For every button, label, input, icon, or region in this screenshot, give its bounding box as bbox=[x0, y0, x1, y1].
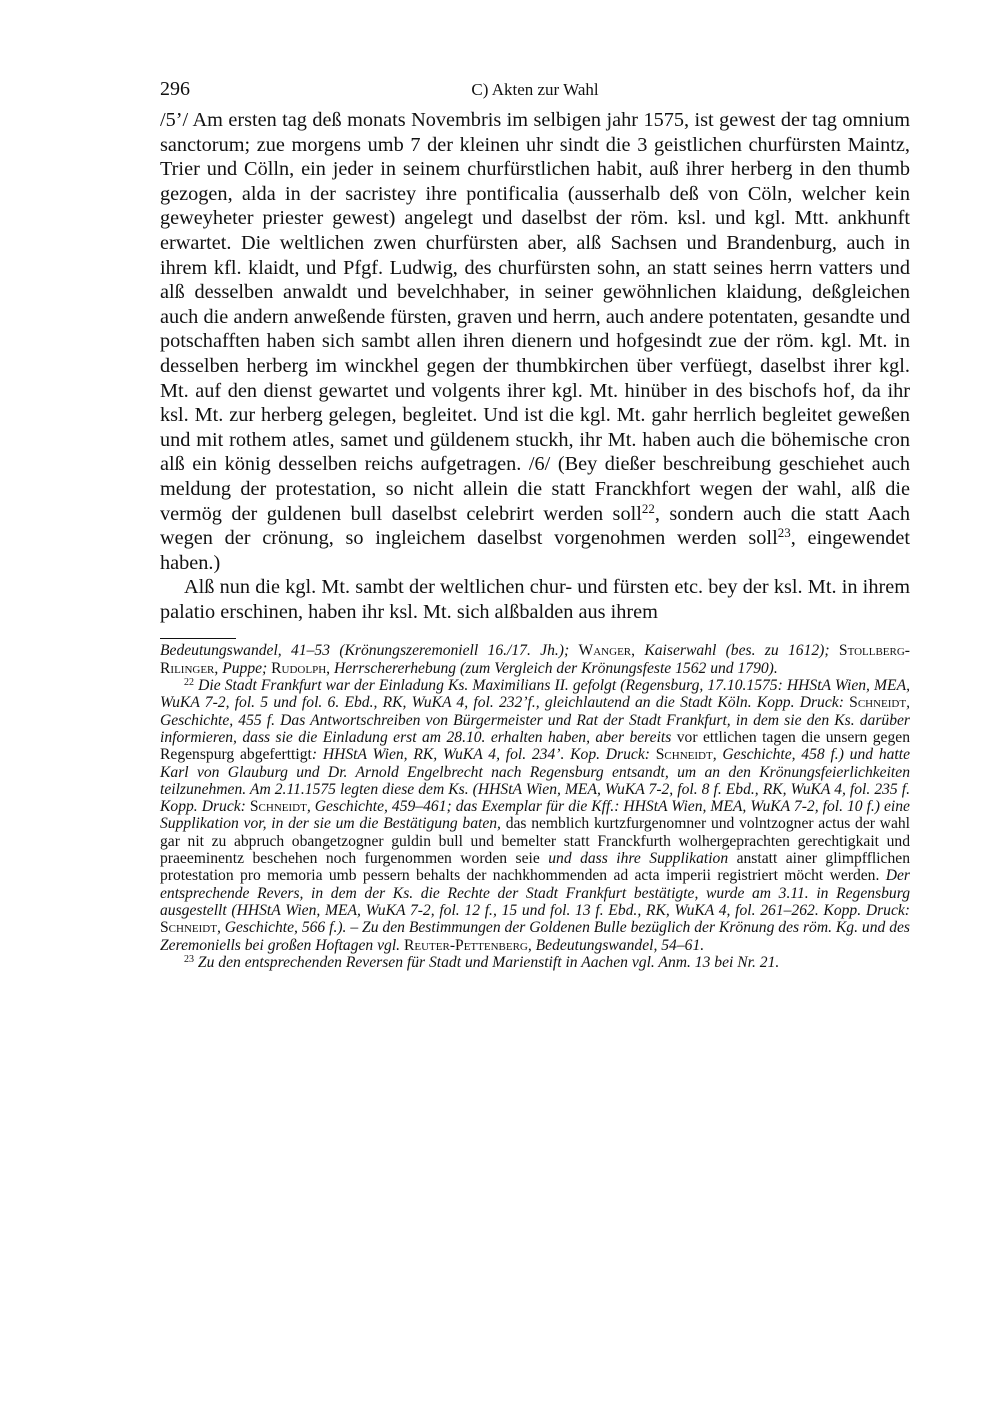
running-header: 296 C) Akten zur Wahl bbox=[160, 78, 910, 104]
footnote-separator bbox=[160, 638, 236, 639]
footnote-continuation: Bedeutungswandel, 41–53 (Krönungszeremon… bbox=[160, 642, 910, 677]
fn-cont-sep: , bbox=[631, 642, 635, 659]
author-schneidt: Schneidt bbox=[160, 919, 217, 936]
footnote-number: 22 bbox=[184, 677, 194, 688]
fn22-text: , Bedeutungswandel, 54–61. bbox=[528, 937, 704, 954]
author-schneidt: Schneidt bbox=[656, 746, 713, 763]
footnote-number: 23 bbox=[184, 954, 194, 965]
fn-cont-text: Kaiserwahl (bes. zu 1612); bbox=[644, 642, 829, 659]
running-title: C) Akten zur Wahl bbox=[160, 80, 910, 100]
fn23-text: Zu den entsprechenden Reversen für Stadt… bbox=[198, 954, 779, 971]
footnote-ref-22[interactable]: 22 bbox=[642, 501, 655, 516]
fn-cont-text: Puppe; bbox=[222, 660, 267, 677]
paragraph-1-text-a: /5’/ Am ersten tag deß monats Novembris … bbox=[160, 109, 910, 525]
fn-cont-text: Bedeutungswandel, 41–53 (Krönungszeremon… bbox=[160, 642, 569, 659]
fn-cont-text: Herrschererhebung (zum Vergleich der Krö… bbox=[334, 660, 778, 677]
author-rudolph: Rudolph bbox=[271, 660, 326, 677]
footnote-ref-23[interactable]: 23 bbox=[778, 525, 791, 540]
fn22-text: Die Stadt Frankfurt war der Einladung Ks… bbox=[160, 677, 910, 711]
footnote-22: 22 Die Stadt Frankfurt war der Einladung… bbox=[160, 677, 910, 954]
main-text: /5’/ Am ersten tag deß monats Novembris … bbox=[160, 108, 910, 624]
author-schneidt: Schneidt bbox=[250, 798, 307, 815]
author-reuter-pettenberg: Reuter-Pettenberg bbox=[404, 937, 528, 954]
fn-cont-sep: , bbox=[326, 660, 330, 677]
paragraph-2: Alß nun die kgl. Mt. sambt der weltliche… bbox=[160, 575, 910, 624]
fn-cont-sep: , bbox=[214, 660, 218, 677]
document-page: 296 C) Akten zur Wahl /5’/ Am ersten tag… bbox=[160, 78, 910, 971]
footnote-23: 23 Zu den entsprechenden Reversen für St… bbox=[160, 954, 910, 971]
fn22-text: und dass ihre Supplikation bbox=[548, 850, 728, 867]
paragraph-1: /5’/ Am ersten tag deß monats Novembris … bbox=[160, 108, 910, 575]
author-wanger: Wanger bbox=[579, 642, 632, 659]
fn22-text: : HHStA Wien, RK, WuKA 4, fol. 234’. Kop… bbox=[312, 746, 650, 763]
author-schneidt: Schneidt bbox=[849, 694, 906, 711]
footnotes: Bedeutungswandel, 41–53 (Krönungszeremon… bbox=[160, 642, 910, 971]
